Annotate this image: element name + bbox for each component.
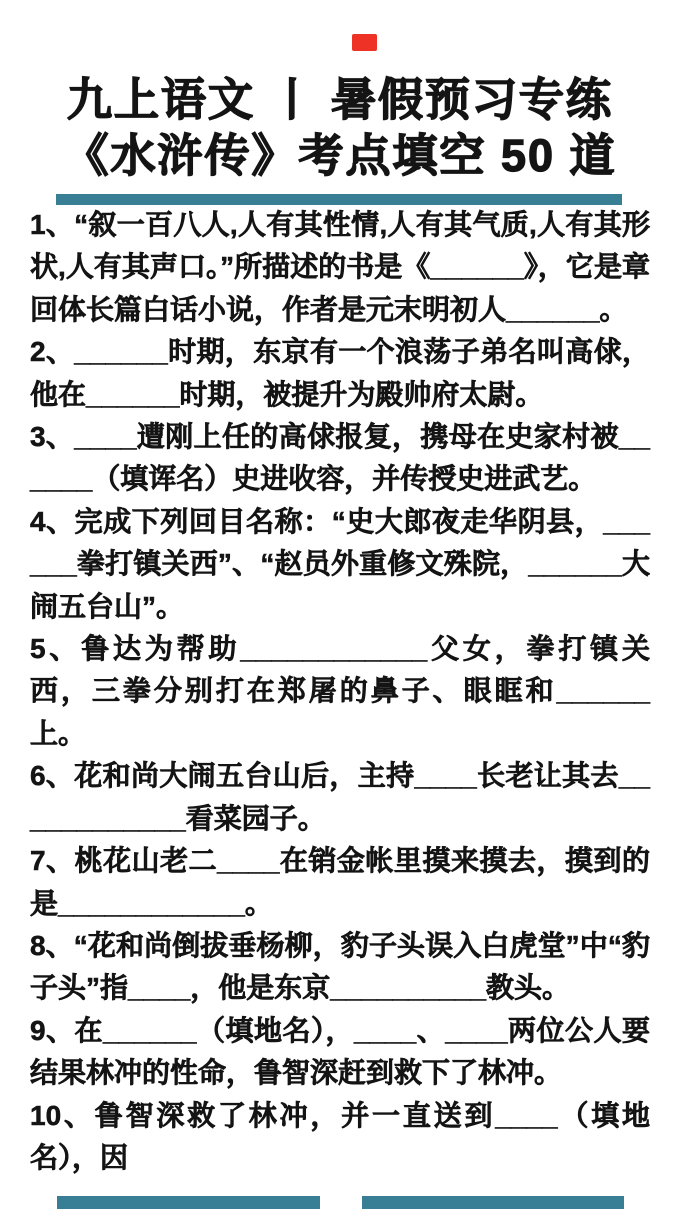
question-item-5: 5、鲁达为帮助____________父女，拳打镇关西，三拳分别打在郑屠的鼻子、… <box>30 628 650 755</box>
question-item-4: 4、完成下列回目名称：“史大郎夜走华阴县，______拳打镇关西”、“赵员外重修… <box>30 501 650 628</box>
question-item-9: 9、在______（填地名），____、____两位公人要结果林冲的性命，鲁智深… <box>30 1010 650 1095</box>
title-line-1: 九上语文 丨 暑假预习专练 <box>0 72 680 128</box>
title-line-2: 《水浒传》考点填空 50 道 <box>0 128 680 184</box>
question-item-3: 3、____遭刚上任的高俅报复，携母在史家村被______（填诨名）史进收容，并… <box>30 416 650 501</box>
bottom-divider-bar-right <box>362 1196 624 1209</box>
page-title: 九上语文 丨 暑假预习专练 《水浒传》考点填空 50 道 <box>0 72 680 184</box>
questions-list: 1、“叙一百八人,人有其性情,人有其气质,人有其形状,人有其声口。”所描述的书是… <box>30 204 650 1179</box>
red-marker-icon <box>352 34 377 51</box>
question-item-2: 2、______时期，东京有一个浪荡子弟名叫高俅，他在______时期，被提升为… <box>30 331 650 416</box>
question-item-10: 10、鲁智深救了林冲，并一直送到____（填地名），因 <box>30 1095 650 1180</box>
question-item-6: 6、花和尚大闹五台山后，主持____长老让其去____________看菜园子。 <box>30 755 650 840</box>
question-item-8: 8、“花和尚倒拔垂杨柳，豹子头误入白虎堂”中“豹子头”指____，他是东京___… <box>30 925 650 1010</box>
question-item-1: 1、“叙一百八人,人有其性情,人有其气质,人有其形状,人有其声口。”所描述的书是… <box>30 204 650 331</box>
question-item-7: 7、桃花山老二____在销金帐里摸来摸去，摸到的是____________。 <box>30 840 650 925</box>
bottom-divider-bar-left <box>57 1196 320 1209</box>
